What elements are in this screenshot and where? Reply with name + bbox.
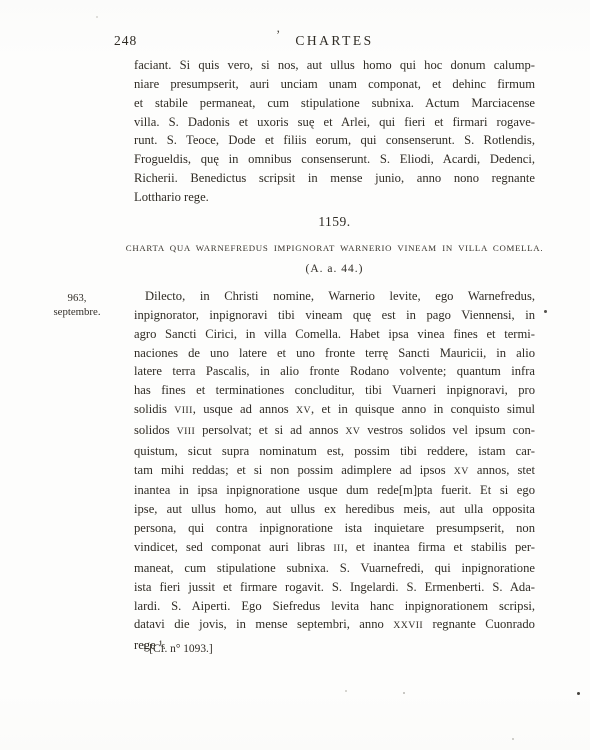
text-line: runt. S. Teoce, Dode et filiis eorum, qu… [134,131,535,150]
text-line: Dilecto, in Christi nomine, Warnerio lev… [134,287,535,306]
text-line: inantea in ipsa inpignoratione usque dum… [134,481,535,500]
text-line: datavi die jovis, in mense septembri, an… [134,615,535,636]
text-line: latere terra Pascalis, in alio fronte Ro… [134,362,535,381]
scan-speck [577,692,580,695]
text-line: maneat, cum stipulatione subnixa. S. Vua… [134,559,535,578]
text-line: ista fieri jussit et firmare rogavit. S.… [134,578,535,597]
text-line: Richerii. Benedictus scripsit in mense j… [134,169,535,188]
scanned-book-page: 248 CHARTES ’ faciant. Si quis vero, si … [0,0,590,750]
scan-speck [512,738,514,740]
charter-number-heading: 1159. [134,214,535,230]
scan-artifact-quote-mark: ’ [276,27,280,43]
scan-speck [96,16,98,18]
charter-title-smallcaps: CHARTA QUA WARNEFREDUS IMPIGNORAT WARNER… [124,243,545,253]
text-line: ipse, aut ullus homo, aut ullus ex hered… [134,500,535,519]
text-line: quistum, sicut supra nominatum est, poss… [134,442,535,461]
text-line: tam mihi reddas; et si non possim adimpl… [134,461,535,482]
previous-charter-closing-paragraph: faciant. Si quis vero, si nos, aut ullus… [134,56,535,207]
scan-speck [544,310,547,313]
text-line: has fines et terminationes concluditur, … [134,381,535,400]
text-line: solidos viii persolvat; et si ad annos x… [134,421,535,442]
text-line: 963, [38,292,116,306]
text-line: Lotthario rege. [134,188,535,207]
text-line: villa. S. Dadonis et uxoris suę et Arlei… [134,113,535,132]
text-line: septembre. [38,306,116,320]
text-line: lardi. S. Aiperti. Ego Siefredus levita … [134,597,535,616]
margin-date-note: 963,septembre. [38,292,116,319]
scan-speck [345,690,347,692]
running-header-title: CHARTES [134,33,535,49]
text-line: agro Sancti Cirici, in villa Comella. Ha… [134,325,535,344]
charter-body-text: Dilecto, in Christi nomine, Warnerio lev… [134,287,535,655]
scan-speck [403,692,405,694]
text-line: solidis viii, usque ad annos xv, et in q… [134,400,535,421]
text-line: naciones de uno latere et uno fronte ter… [134,344,535,363]
text-line: persona, qui contra inpignoratione ista … [134,519,535,538]
text-line: Frogueldis, quę in omnibus consenserunt.… [134,150,535,169]
text-line: vindicet, sed componat auri libras iii, … [134,538,535,559]
text-line: faciant. Si quis vero, si nos, aut ullus… [134,56,535,75]
charter-archive-reference: (A. a. 44.) [134,263,535,275]
text-line: et stabile permaneat, cum stipulatione s… [134,94,535,113]
footnote-reference: ¹ [Cf. n° 1093.] [143,643,213,655]
text-line: inpignorator, inpignoravi tibi vineam qu… [134,306,535,325]
text-line: niare presumpserit, auri unciam unam com… [134,75,535,94]
